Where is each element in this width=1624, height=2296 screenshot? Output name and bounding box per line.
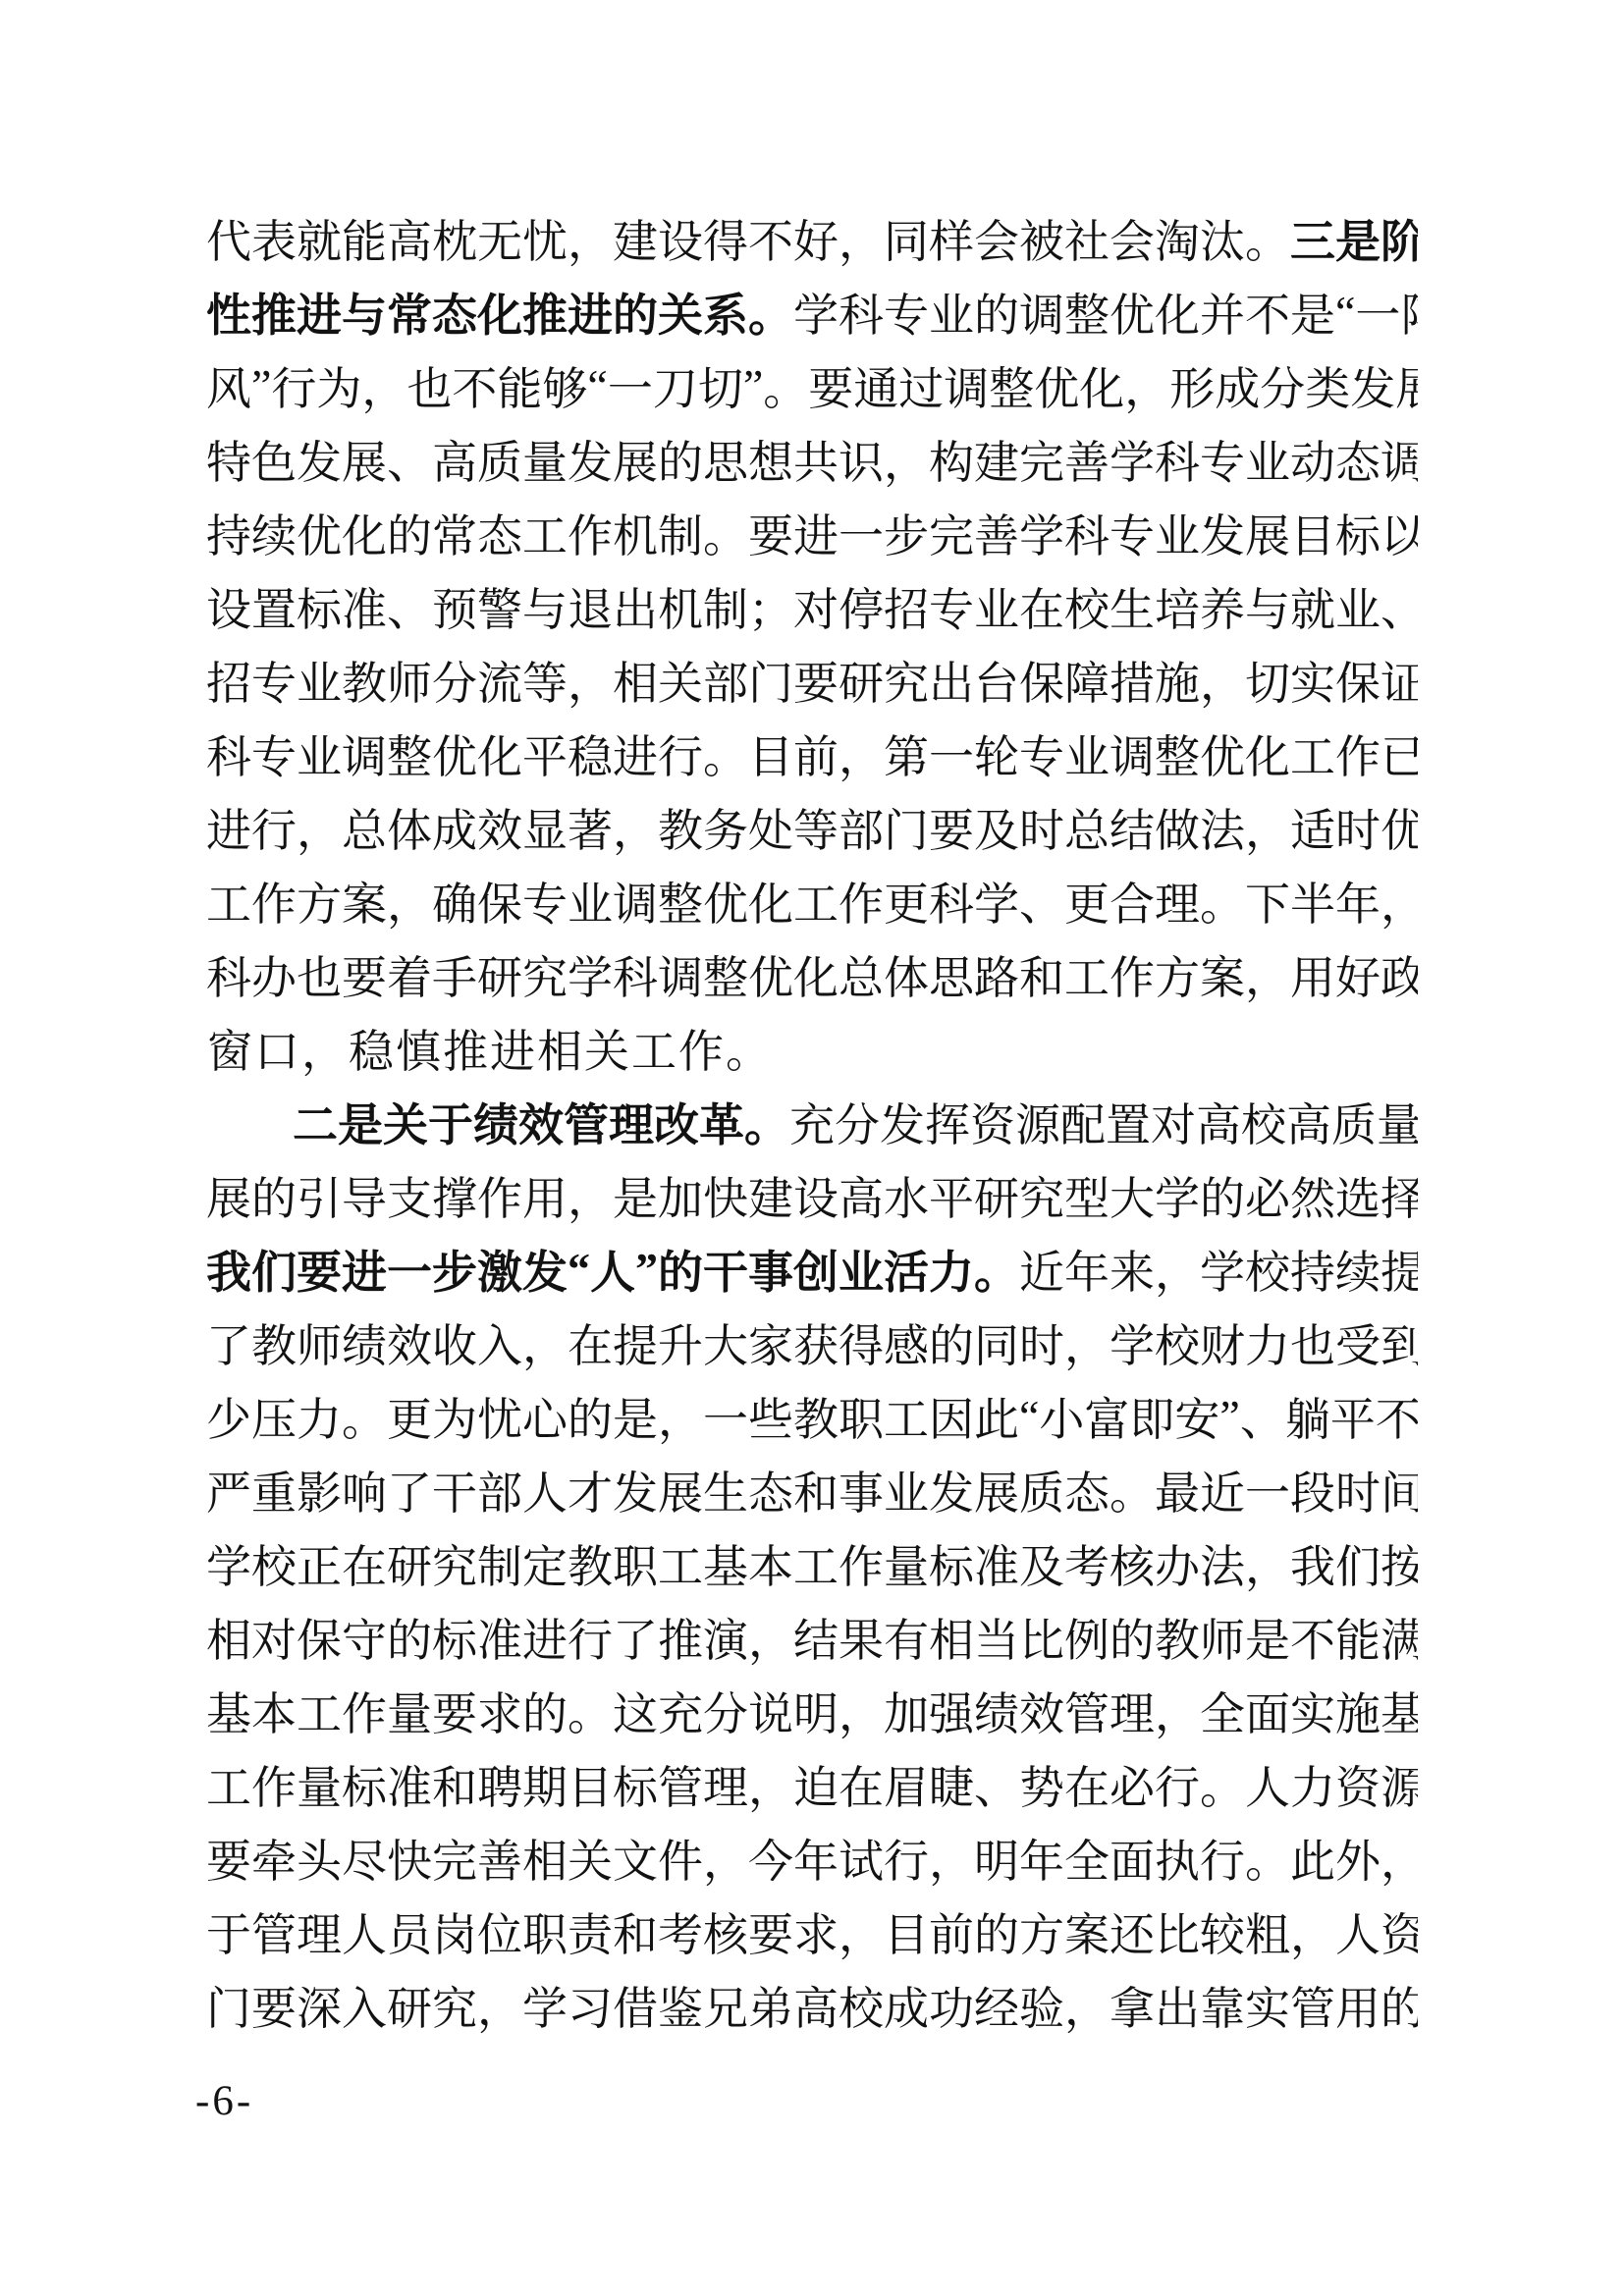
- text-line: 于管理人员岗位职责和考核要求，目前的方案还比较粗，人资部: [206, 1895, 1418, 1968]
- text-line: 我们要进一步激发“人”的干事创业活力。近年来，学校持续提高: [206, 1232, 1418, 1306]
- text-line: 要牵头尽快完善相关文件，今年试行，明年全面执行。此外，对: [206, 1821, 1418, 1895]
- text-line: 特色发展、高质量发展的思想共识，构建完善学科专业动态调整、: [206, 422, 1418, 496]
- document-page: 代表就能高枕无忧，建设得不好，同样会被社会淘汰。三是阶段性推进与常态化推进的关系…: [0, 0, 1624, 2296]
- text-line: 招专业教师分流等，相关部门要研究出台保障措施，切实保证学: [206, 643, 1418, 717]
- page-number: -6-: [195, 2073, 253, 2130]
- text-line: 设置标准、预警与退出机制；对停招专业在校生培养与就业、停: [206, 569, 1418, 643]
- text-line: 少压力。更为忧心的是，一些教职工因此“小富即安”、躺平不干，: [206, 1379, 1418, 1453]
- text-line: 科专业调整优化平稳进行。目前，第一轮专业调整优化工作已经: [206, 717, 1418, 790]
- text-line: 严重影响了干部人才发展生态和事业发展质态。最近一段时间，: [206, 1453, 1418, 1526]
- text-line: 性推进与常态化推进的关系。学科专业的调整优化并不是“一阵: [206, 275, 1418, 348]
- text-line: 相对保守的标准进行了推演，结果有相当比例的教师是不能满足: [206, 1600, 1418, 1674]
- text-line: 学校正在研究制定教职工基本工作量标准及考核办法，我们按照: [206, 1526, 1418, 1600]
- text-line: 门要深入研究，学习借鉴兄弟高校成功经验，拿出靠实管用的办: [206, 1968, 1418, 2042]
- text-line: 进行，总体成效显著，教务处等部门要及时总结做法，适时优化: [206, 790, 1418, 864]
- text-line: 代表就能高枕无忧，建设得不好，同样会被社会淘汰。三是阶段: [206, 201, 1418, 275]
- body-text: 代表就能高枕无忧，建设得不好，同样会被社会淘汰。三是阶段性推进与常态化推进的关系…: [206, 201, 1418, 2042]
- text-line: 基本工作量要求的。这充分说明，加强绩效管理，全面实施基本: [206, 1674, 1418, 1747]
- text-line: 工作量标准和聘期目标管理，迫在眉睫、势在必行。人力资源处: [206, 1747, 1418, 1821]
- text-line: 二是关于绩效管理改革。充分发挥资源配置对高校高质量发: [206, 1085, 1418, 1158]
- text-line: 工作方案，确保专业调整优化工作更科学、更合理。下半年，学: [206, 864, 1418, 937]
- text-line: 展的引导支撑作用，是加快建设高水平研究型大学的必然选择。: [206, 1158, 1418, 1232]
- text-line: 窗口，稳慎推进相关工作。: [206, 1011, 1418, 1085]
- text-line: 持续优化的常态工作机制。要进一步完善学科专业发展目标以及: [206, 496, 1418, 569]
- text-line: 风”行为，也不能够“一刀切”。要通过调整优化，形成分类发展、: [206, 348, 1418, 422]
- text-line: 科办也要着手研究学科调整优化总体思路和工作方案，用好政策: [206, 937, 1418, 1011]
- text-line: 了教师绩效收入，在提升大家获得感的同时，学校财力也受到不: [206, 1306, 1418, 1379]
